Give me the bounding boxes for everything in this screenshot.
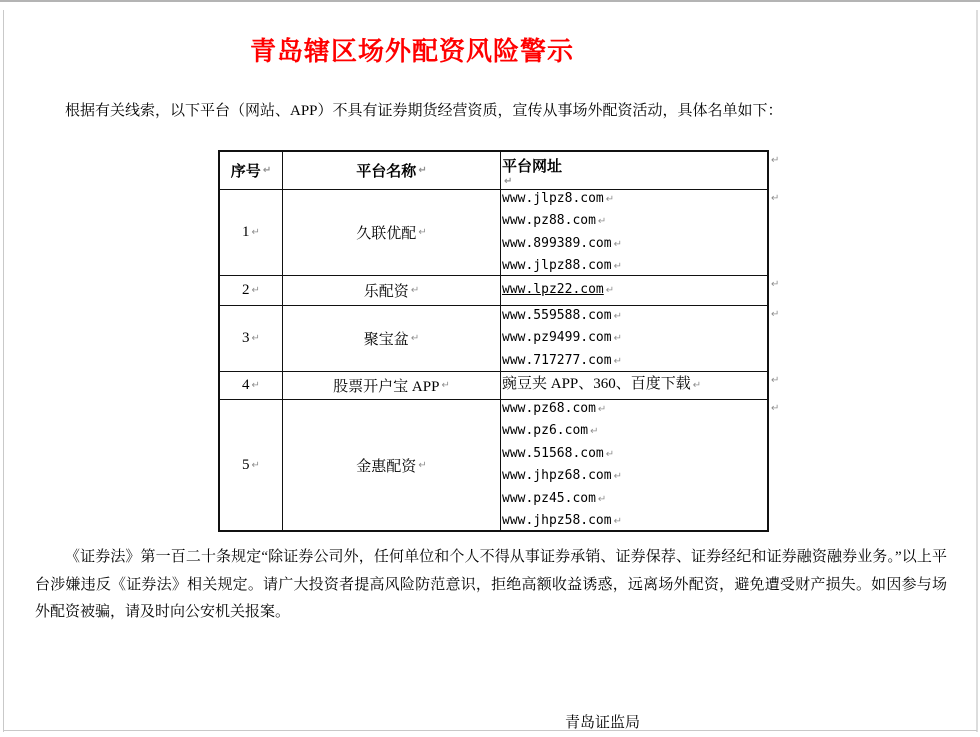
page-title: 青岛辖区场外配资风险警示: [250, 31, 574, 68]
row-number-cell: 1↵: [220, 190, 283, 275]
url-line: www.jhpz68.com↵: [502, 465, 622, 488]
platform-name: 聚宝盆: [364, 328, 409, 349]
paragraph-mark-icon: ↵: [598, 404, 606, 415]
platform-url: www.pz9499.com: [502, 330, 612, 345]
paragraph-mark-icon: ↵: [693, 380, 701, 391]
intro-paragraph: 根据有关线索，以下平台（网站、APP）不具有证券期货经营资质，宣传从事场外配资活…: [35, 99, 945, 123]
paragraph-mark-icon: ↵: [590, 426, 598, 437]
platform-name-cell: 聚宝盆↵: [283, 306, 501, 371]
paragraph-mark-icon: ↵: [252, 285, 260, 296]
platform-url-cell: www.559588.com↵www.pz9499.com↵www.717277…: [501, 306, 767, 371]
page-border-left: [3, 10, 4, 732]
paragraph-mark-icon: ↵: [418, 165, 426, 176]
platform-url: www.899389.com: [502, 236, 612, 251]
table-row: 1↵久联优配↵www.jlpz8.com↵www.pz88.com↵www.89…: [220, 190, 767, 276]
url-line: www.899389.com↵: [502, 233, 622, 256]
row-end-marks: ↵↵↵↵↵↵: [771, 150, 785, 535]
paragraph-mark-icon: ↵: [504, 176, 512, 187]
table-header-row: 序号↵平台名称↵平台网址↵: [220, 152, 767, 190]
paragraph-mark-icon: ↵: [411, 333, 419, 344]
row-end-mark-icon: ↵: [771, 375, 779, 386]
table-header-cell: 平台网址↵: [501, 152, 767, 189]
paragraph-mark-icon: ↵: [418, 227, 426, 238]
row-end-mark-icon: ↵: [771, 279, 779, 290]
platform-name-cell: 久联优配↵: [283, 190, 501, 275]
url-line: www.pz9499.com↵: [502, 327, 622, 350]
url-line: www.pz68.com↵: [502, 400, 606, 420]
url-line: www.pz6.com↵: [502, 420, 598, 443]
paragraph-mark-icon: ↵: [614, 261, 622, 272]
table-row: 4↵股票开户宝 APP↵豌豆夹 APP、360、百度下载↵: [220, 372, 767, 400]
platform-url: www.717277.com: [502, 353, 612, 368]
platform-url: www.jlpz88.com: [502, 258, 612, 273]
url-line: www.jlpz8.com↵: [502, 190, 614, 210]
platform-name-cell: 金惠配资↵: [283, 400, 501, 530]
row-end-mark-icon: ↵: [771, 155, 779, 166]
paragraph-mark-icon: ↵: [606, 449, 614, 460]
platform-url-cell: www.jlpz8.com↵www.pz88.com↵www.899389.co…: [501, 190, 767, 275]
platform-url: www.pz6.com: [502, 423, 588, 438]
row-number-cell: 5↵: [220, 400, 283, 530]
platform-url: www.pz88.com: [502, 213, 596, 228]
platform-url-cell: www.lpz22.com↵: [501, 276, 767, 305]
platform-url: www.jlpz8.com: [502, 191, 604, 206]
paragraph-mark-icon: ↵: [441, 380, 449, 391]
platform-name: 乐配资: [364, 280, 409, 301]
row-number: 3: [242, 330, 250, 347]
platform-url: www.559588.com: [502, 308, 612, 323]
table-header-cell: 平台名称↵: [283, 152, 501, 189]
platform-url: www.51568.com: [502, 446, 604, 461]
platform-url: 豌豆夹 APP、360、百度下载: [502, 376, 691, 392]
paragraph-mark-icon: ↵: [598, 494, 606, 505]
row-number: 4: [242, 377, 250, 394]
platform-url: www.jhpz58.com: [502, 513, 612, 528]
url-line: 豌豆夹 APP、360、百度下载↵: [502, 374, 701, 397]
paragraph-mark-icon: ↵: [606, 194, 614, 205]
url-line: www.pz45.com↵: [502, 488, 606, 511]
platform-name-cell: 股票开户宝 APP↵: [283, 372, 501, 399]
url-line: www.51568.com↵: [502, 443, 614, 466]
paragraph-mark-icon: ↵: [252, 460, 260, 471]
header-label: 平台网址: [502, 155, 562, 176]
page-border-top: [0, 0, 980, 2]
paragraph-mark-icon: ↵: [614, 311, 622, 322]
url-line: www.jhpz58.com↵: [502, 510, 622, 530]
row-number: 2: [242, 282, 250, 299]
platform-url: www.jhpz68.com: [502, 468, 612, 483]
paragraph-mark-icon: ↵: [614, 333, 622, 344]
platform-url-link[interactable]: www.lpz22.com: [502, 282, 604, 297]
paragraph-mark-icon: ↵: [263, 165, 271, 176]
table-row: 2↵乐配资↵www.lpz22.com↵: [220, 276, 767, 306]
platform-name: 金惠配资: [356, 455, 416, 476]
header-label: 平台名称: [356, 160, 416, 181]
platform-url-cell: www.pz68.com↵www.pz6.com↵www.51568.com↵w…: [501, 400, 767, 530]
url-line: www.lpz22.com↵: [502, 279, 614, 302]
platform-table: 序号↵平台名称↵平台网址↵1↵久联优配↵www.jlpz8.com↵www.pz…: [218, 150, 769, 532]
paragraph-mark-icon: ↵: [252, 380, 260, 391]
closing-paragraph: 《证券法》第一百二十条规定“除证券公司外，任何单位和个人不得从事证券承销、证券保…: [35, 544, 947, 627]
paragraph-mark-icon: ↵: [614, 239, 622, 250]
row-number: 5: [242, 457, 250, 474]
platform-url: www.pz68.com: [502, 401, 596, 416]
platform-name: 股票开户宝 APP: [333, 375, 439, 396]
url-line: www.pz88.com↵: [502, 210, 606, 233]
url-line: www.559588.com↵: [502, 306, 622, 327]
table-row: 5↵金惠配资↵www.pz68.com↵www.pz6.com↵www.5156…: [220, 400, 767, 530]
platform-name: 久联优配: [356, 222, 416, 243]
paragraph-mark-icon: ↵: [418, 460, 426, 471]
paragraph-mark-icon: ↵: [614, 516, 622, 527]
page-border-right: [976, 10, 978, 732]
platform-url: www.pz45.com: [502, 491, 596, 506]
table-header-cell: 序号↵: [220, 152, 283, 189]
paragraph-mark-icon: ↵: [598, 216, 606, 227]
page-border-bottom: [3, 730, 977, 731]
table-row: 3↵聚宝盆↵www.559588.com↵www.pz9499.com↵www.…: [220, 306, 767, 372]
paragraph-mark-icon: ↵: [252, 227, 260, 238]
paragraph-mark-icon: ↵: [606, 285, 614, 296]
row-number-cell: 2↵: [220, 276, 283, 305]
paragraph-mark-icon: ↵: [614, 471, 622, 482]
platform-name-cell: 乐配资↵: [283, 276, 501, 305]
row-end-mark-icon: ↵: [771, 403, 779, 414]
url-line: www.717277.com↵: [502, 350, 622, 371]
url-line: www.jlpz88.com↵: [502, 255, 622, 275]
platform-url-cell: 豌豆夹 APP、360、百度下载↵: [501, 372, 767, 399]
signature: 青岛证监局: [565, 711, 640, 732]
paragraph-mark-icon: ↵: [614, 356, 622, 367]
paragraph-mark-icon: ↵: [411, 285, 419, 296]
paragraph-mark-icon: ↵: [252, 333, 260, 344]
row-end-mark-icon: ↵: [771, 309, 779, 320]
row-number: 1: [242, 224, 250, 241]
row-number-cell: 3↵: [220, 306, 283, 371]
row-number-cell: 4↵: [220, 372, 283, 399]
row-end-mark-icon: ↵: [771, 193, 779, 204]
header-label: 序号: [231, 160, 261, 181]
